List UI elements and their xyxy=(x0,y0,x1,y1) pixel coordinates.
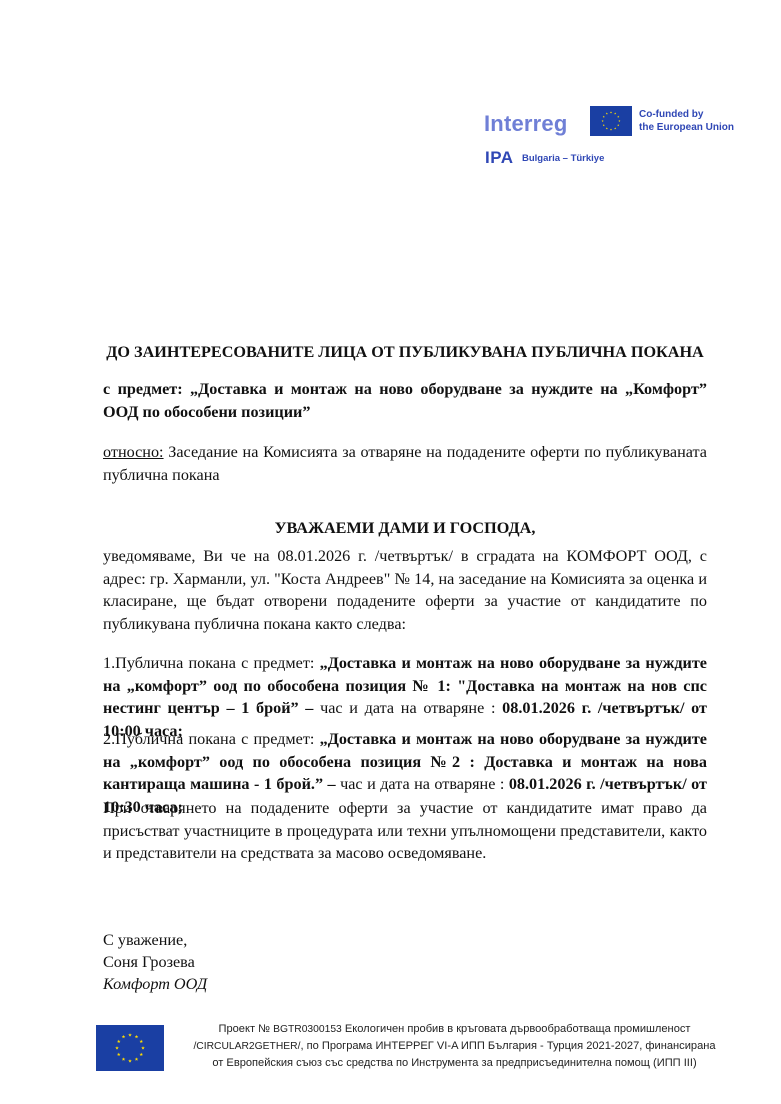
footer-prefix: Проект № xyxy=(218,1023,273,1035)
eu-flag-icon xyxy=(96,1025,164,1071)
ipa-logo: IPA xyxy=(485,148,514,168)
letter-rights-paragraph: При отварянето на подадените оферти за у… xyxy=(103,797,707,865)
regarding-label: относно: xyxy=(103,443,164,461)
footer-line-3: от Европейския съюз със средства по Инст… xyxy=(172,1055,737,1071)
project-acronym: /CIRCULAR2GETHER/ xyxy=(193,1041,300,1052)
item-prefix: 1.Публична покана с предмет: xyxy=(103,654,320,672)
closing: С уважение, xyxy=(103,929,707,951)
item-prefix: 2.Публична покана с предмет: xyxy=(103,730,320,748)
eu-flag-icon xyxy=(590,106,632,136)
cofunded-line-2: the European Union xyxy=(639,122,734,135)
cofunded-line-1: Co-funded by xyxy=(639,109,734,122)
footer-line-1: Проект № BGTR0300153 Екологичен пробив в… xyxy=(172,1021,737,1038)
footer-line-2: /CIRCULAR2GETHER/, по Програма ИНТЕРРЕГ … xyxy=(172,1038,737,1055)
regarding-text: Заседание на Комисията за отваряне на по… xyxy=(103,443,707,484)
letter-title: ДО ЗАИНТЕРЕСОВАНИТЕ ЛИЦА ОТ ПУБЛИКУВАНА … xyxy=(103,341,707,364)
letter-greeting: УВАЖАЕМИ ДАМИ И ГОСПОДА, xyxy=(103,517,707,540)
project-footer: Проект № BGTR0300153 Екологичен пробив в… xyxy=(172,1021,737,1071)
item-middle: час и дата на отваряне : xyxy=(336,775,509,793)
cofunded-label: Co-funded by the European Union xyxy=(639,109,734,134)
interreg-logo: Interreg xyxy=(484,111,568,137)
company-name: Комфорт ООД xyxy=(103,973,707,995)
item-middle: час и дата на отваряне : xyxy=(313,699,502,717)
letter-subject: с предмет: „Доставка и монтаж на ново об… xyxy=(103,378,707,423)
ipa-region-label: Bulgaria – Türkiye xyxy=(522,153,604,164)
project-code: BGTR0300153 xyxy=(273,1024,342,1035)
signature-block: С уважение, Соня Грозева Комфорт ООД xyxy=(103,929,707,995)
signatory-name: Соня Грозева xyxy=(103,951,707,973)
letter-intro: уведомяваме, Ви че на 08.01.2026 г. /чет… xyxy=(103,545,707,635)
footer-line-2-rest: , по Програма ИНТЕРРЕГ VI-A ИПП България… xyxy=(300,1040,715,1052)
footer-line-1-rest: Екологичен пробив в кръговата дървообраб… xyxy=(342,1023,691,1035)
letter-regarding: относно: Заседание на Комисията за отвар… xyxy=(103,441,707,486)
